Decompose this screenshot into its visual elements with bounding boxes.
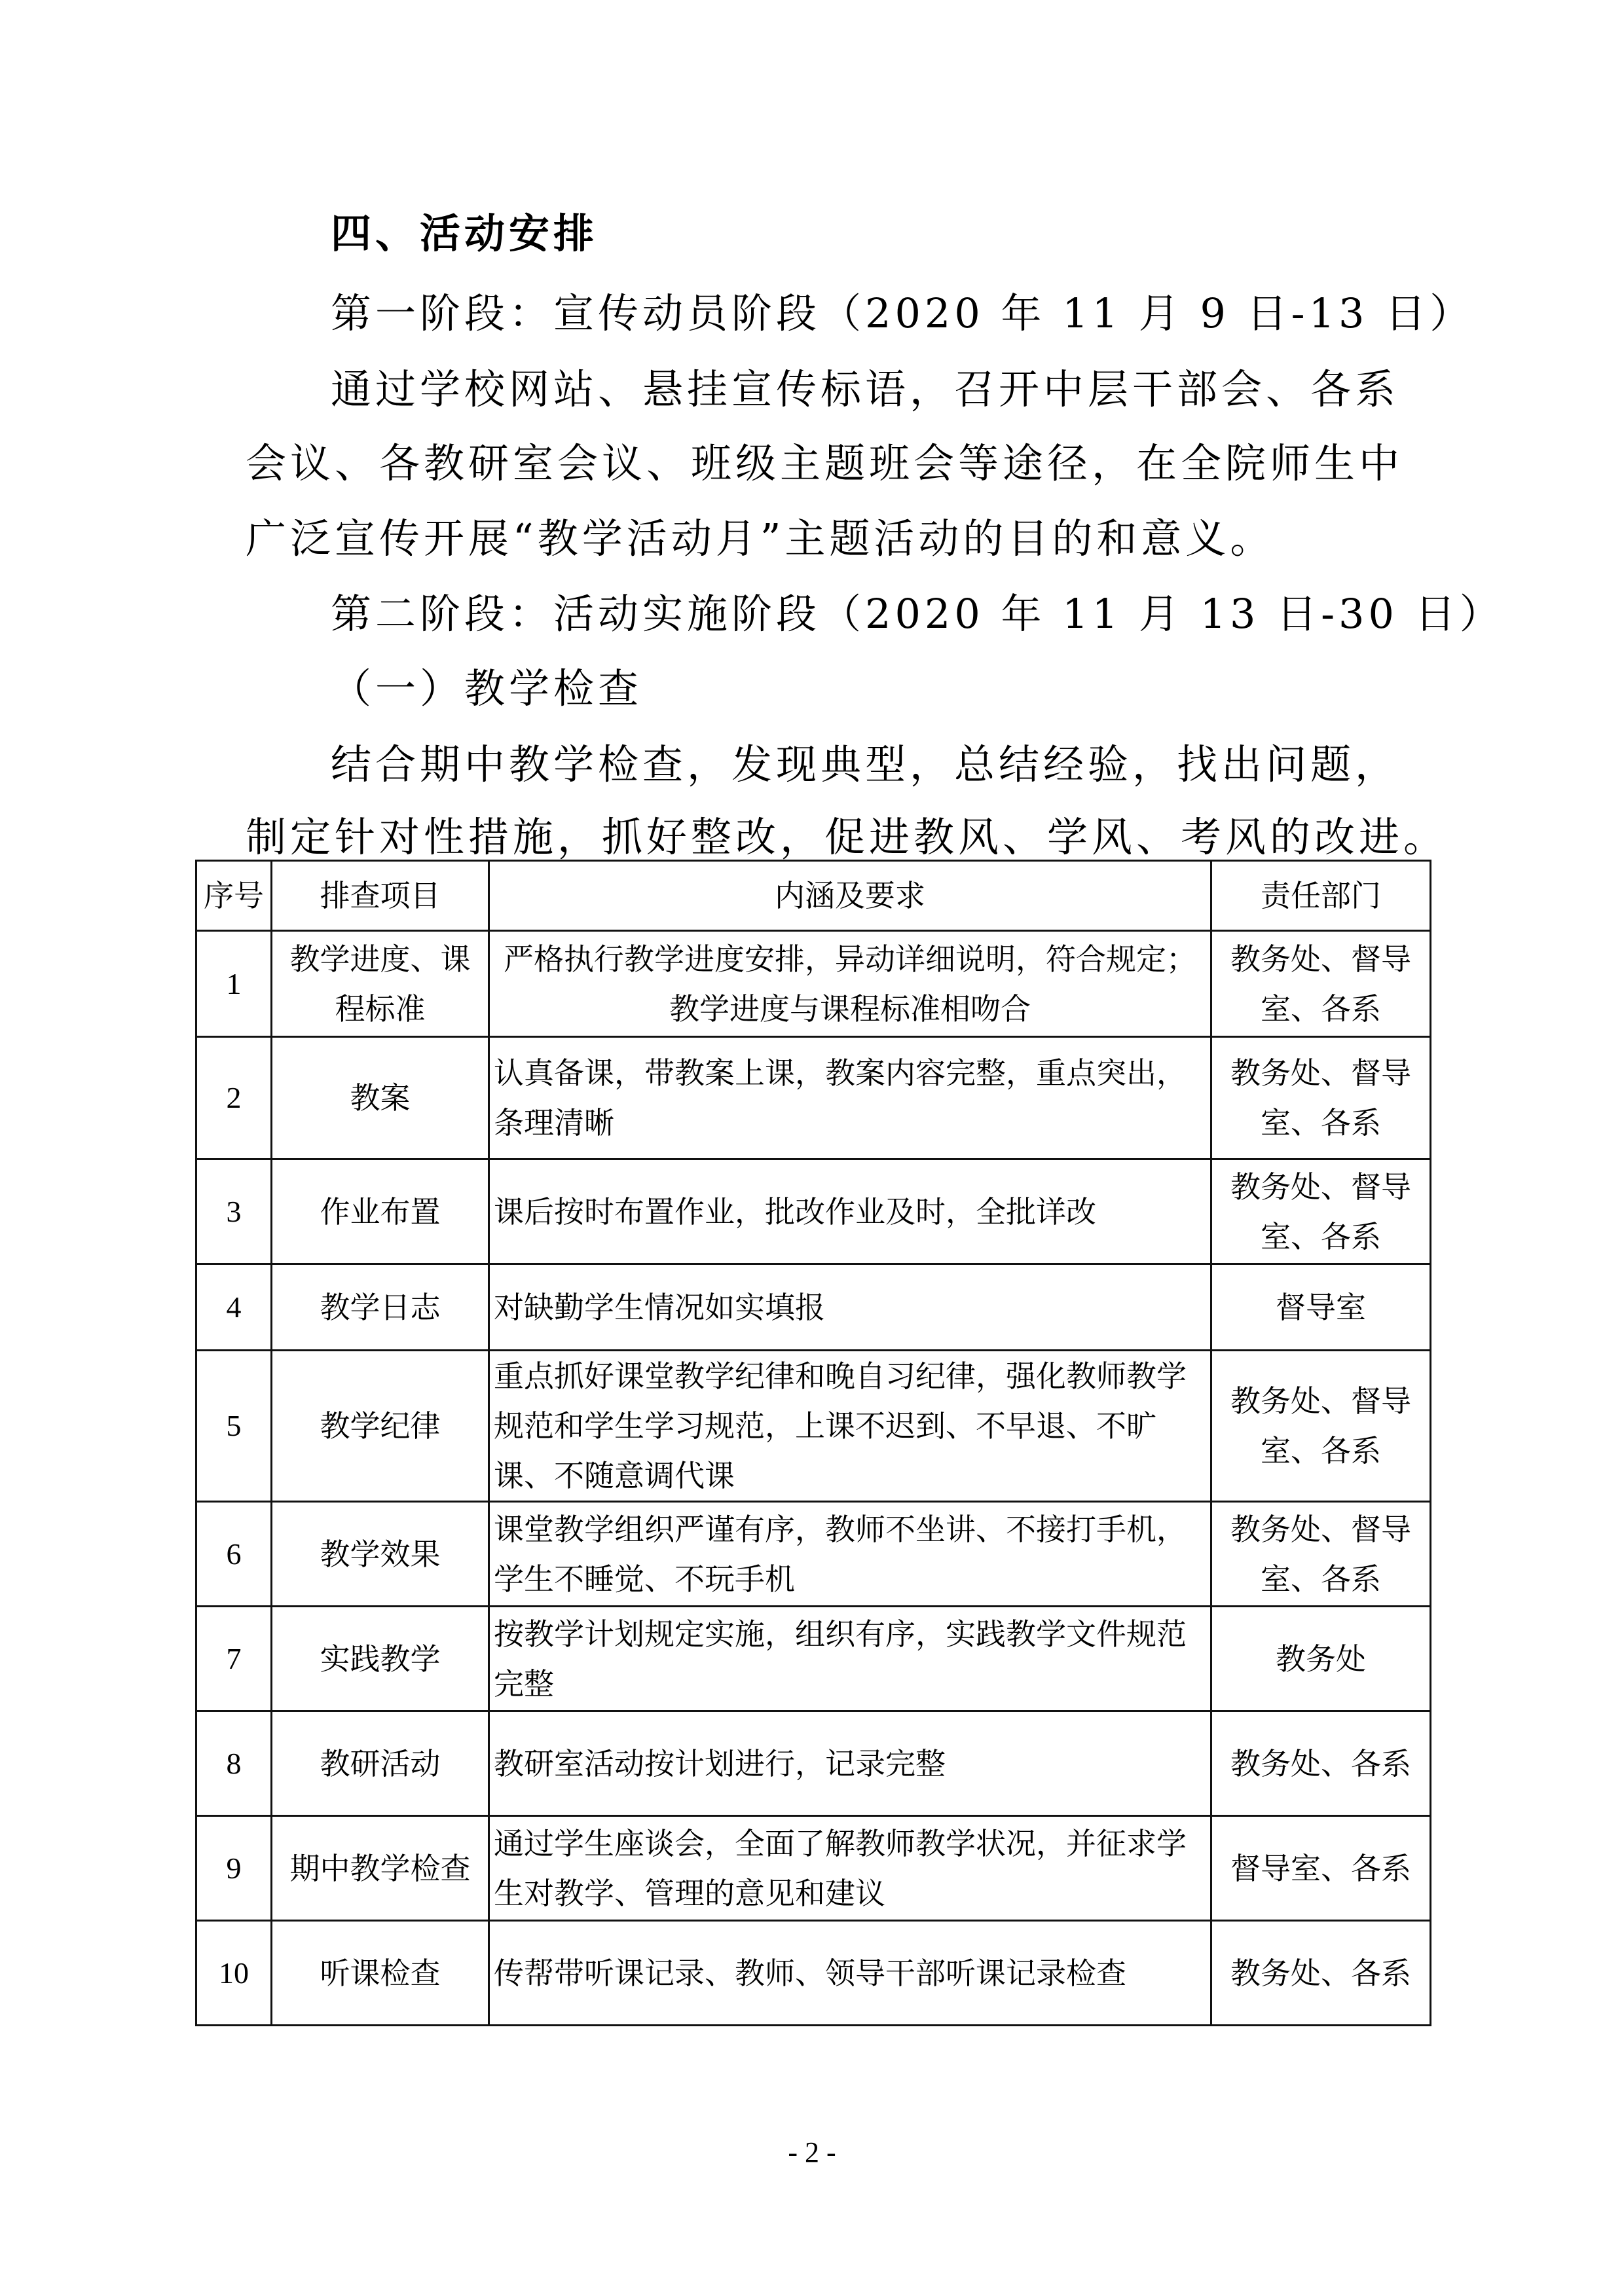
cell-no: 5 <box>196 1351 272 1502</box>
cell-requirement: 对缺勤学生情况如实填报 <box>489 1264 1211 1351</box>
cell-no: 8 <box>196 1711 272 1816</box>
table-row: 5 教学纪律 重点抓好课堂教学纪律和晚自习纪律，强化教师教学规范和学生学习规范，… <box>196 1351 1431 1502</box>
cell-no: 9 <box>196 1816 272 1921</box>
phase1-paragraph-line-3: 广泛宣传开展“教学活动月”主题活动的目的和意义。 <box>246 516 1274 562</box>
cell-requirement: 按教学计划规定实施，组织有序，实践教学文件规范完整 <box>489 1607 1211 1711</box>
phase1-paragraph-line-1: 通过学校网站、悬挂宣传标语，召开中层干部会、各系 <box>331 367 1399 412</box>
table-row: 2 教案 认真备课，带教案上课，教案内容完整，重点突出，条理清晰 教务处、督导室… <box>196 1037 1431 1159</box>
cell-dept: 督导室 <box>1211 1264 1431 1351</box>
cell-item: 期中教学检查 <box>272 1816 489 1921</box>
cell-item: 教学日志 <box>272 1264 489 1351</box>
table-row: 8 教研活动 教研室活动按计划进行，记录完整 教务处、各系 <box>196 1711 1431 1816</box>
cell-dept: 教务处、督导室、各系 <box>1211 1351 1431 1502</box>
cell-requirement: 课后按时布置作业，批改作业及时，全批详改 <box>489 1159 1211 1264</box>
cell-item: 教学进度、课程标准 <box>272 931 489 1037</box>
cell-requirement: 认真备课，带教案上课，教案内容完整，重点突出，条理清晰 <box>489 1037 1211 1159</box>
cell-item: 听课检查 <box>272 1921 489 2026</box>
phase2-title: 第二阶段：活动实施阶段（2020 年 11 月 13 日-30 日） <box>331 591 1504 637</box>
cell-item: 实践教学 <box>272 1607 489 1711</box>
header-no: 序号 <box>196 861 272 931</box>
cell-requirement: 教研室活动按计划进行，记录完整 <box>489 1711 1211 1816</box>
table-row: 7 实践教学 按教学计划规定实施，组织有序，实践教学文件规范完整 教务处 <box>196 1607 1431 1711</box>
cell-no: 2 <box>196 1037 272 1159</box>
table-row: 6 教学效果 课堂教学组织严谨有序，教师不坐讲、不接打手机，学生不睡觉、不玩手机… <box>196 1502 1431 1607</box>
cell-item: 作业布置 <box>272 1159 489 1264</box>
cell-requirement: 严格执行教学进度安排，异动详细说明，符合规定；教学进度与课程标准相吻合 <box>489 931 1211 1037</box>
cell-no: 10 <box>196 1921 272 2026</box>
cell-item: 教学效果 <box>272 1502 489 1607</box>
header-dept: 责任部门 <box>1211 861 1431 931</box>
section-heading: 四、活动安排 <box>331 211 598 257</box>
cell-item: 教学纪律 <box>272 1351 489 1502</box>
cell-dept: 教务处 <box>1211 1607 1431 1711</box>
cell-no: 3 <box>196 1159 272 1264</box>
header-item: 排查项目 <box>272 861 489 931</box>
page-number: - 2 - <box>0 2136 1624 2169</box>
inspection-table: 序号 排查项目 内涵及要求 责任部门 1 教学进度、课程标准 严格执行教学进度安… <box>195 860 1431 2026</box>
cell-dept: 教务处、各系 <box>1211 1921 1431 2026</box>
header-requirement: 内涵及要求 <box>489 861 1211 931</box>
table-row: 1 教学进度、课程标准 严格执行教学进度安排，异动详细说明，符合规定；教学进度与… <box>196 931 1431 1037</box>
cell-no: 1 <box>196 931 272 1037</box>
cell-dept: 教务处、督导室、各系 <box>1211 931 1431 1037</box>
table-row: 10 听课检查 传帮带听课记录、教师、领导干部听课记录检查 教务处、各系 <box>196 1921 1431 2026</box>
phase1-title: 第一阶段：宣传动员阶段（2020 年 11 月 9 日-13 日） <box>331 291 1474 337</box>
cell-item: 教案 <box>272 1037 489 1159</box>
cell-requirement: 传帮带听课记录、教师、领导干部听课记录检查 <box>489 1921 1211 2026</box>
cell-dept: 督导室、各系 <box>1211 1816 1431 1921</box>
cell-dept: 教务处、督导室、各系 <box>1211 1037 1431 1159</box>
phase2-paragraph-line-2: 制定针对性措施，抓好整改，促进教风、学风、考风的改进。 <box>246 814 1448 860</box>
cell-dept: 教务处、督导室、各系 <box>1211 1502 1431 1607</box>
subsection-title: （一）教学检查 <box>331 666 642 712</box>
phase1-paragraph-line-2: 会议、各教研室会议、班级主题班会等途径，在全院师生中 <box>246 441 1403 486</box>
table-row: 4 教学日志 对缺勤学生情况如实填报 督导室 <box>196 1264 1431 1351</box>
cell-no: 4 <box>196 1264 272 1351</box>
cell-dept: 教务处、各系 <box>1211 1711 1431 1816</box>
cell-requirement: 重点抓好课堂教学纪律和晚自习纪律，强化教师教学规范和学生学习规范，上课不迟到、不… <box>489 1351 1211 1502</box>
cell-requirement: 通过学生座谈会，全面了解教师教学状况，并征求学生对教学、管理的意见和建议 <box>489 1816 1211 1921</box>
table-header-row: 序号 排查项目 内涵及要求 责任部门 <box>196 861 1431 931</box>
table-row: 3 作业布置 课后按时布置作业，批改作业及时，全批详改 教务处、督导室、各系 <box>196 1159 1431 1264</box>
cell-dept: 教务处、督导室、各系 <box>1211 1159 1431 1264</box>
table-row: 9 期中教学检查 通过学生座谈会，全面了解教师教学状况，并征求学生对教学、管理的… <box>196 1816 1431 1921</box>
cell-no: 6 <box>196 1502 272 1607</box>
cell-no: 7 <box>196 1607 272 1711</box>
phase2-paragraph-line-1: 结合期中教学检查，发现典型，总结经验，找出问题， <box>331 742 1399 788</box>
cell-requirement: 课堂教学组织严谨有序，教师不坐讲、不接打手机，学生不睡觉、不玩手机 <box>489 1502 1211 1607</box>
cell-item: 教研活动 <box>272 1711 489 1816</box>
